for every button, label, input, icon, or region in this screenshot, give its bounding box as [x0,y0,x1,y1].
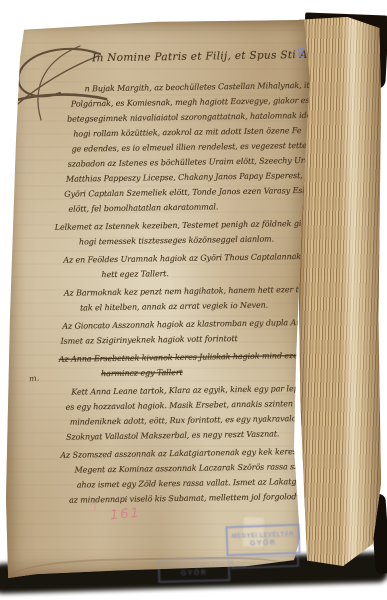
manuscript-paragraph: Az Szomszed asszonnak az Lakatgiartonena… [52,444,315,508]
manuscript-paragraph: Kett Anna Leane tartok, Klara az egyik, … [51,381,314,445]
archive-stamp-faint-line2: GYŐR [181,569,208,578]
manuscript-line: az mindennapi viselö kis Subamat, mellet… [69,489,315,508]
archive-stamp-ghost [231,555,299,569]
manuscript-line: harmincz egy Tallert [101,363,313,381]
manuscript-line: tak el hitelben, annak az arrat vegiek i… [80,297,312,316]
folio-number-red: 161 [109,506,141,524]
manuscript-line: hogi temessek tisztesseges közönseggel a… [79,231,311,250]
book-fore-edge-pages [297,17,381,566]
manuscript-photo: In Nomine Patris et Filij, et Spus Sti A… [0,0,387,600]
manuscript-paragraph: Az en Feöldes Uramnak hagiok az Györi Th… [49,249,311,283]
archive-stamp-line2: GYŐR [250,539,277,548]
manuscript-paragraph: n Bujak Margith, az beochülletes Castell… [46,78,310,217]
archive-stamp: MEGYEI LEVÉLTÁR GYŐR [225,524,300,557]
manuscript-page: In Nomine Patris et Filij, et Spus Sti A… [6,18,312,578]
manuscript-line: Ismet az Szigirinyeknek hagiok vott fori… [60,330,312,349]
manuscript-paragraph: Az Anna Ersebetnek kivanok keres Juliska… [51,348,313,382]
manuscript-line: Szoknyat Vallastol Makszerbal, es negy r… [66,426,314,445]
manuscript-text: In Nomine Patris et Filij, et Spus Sti A… [46,48,315,508]
manuscript-heading: In Nomine Patris et Filij, et Spus Sti A… [92,48,308,66]
manuscript-line: hett egez Tallert. [101,264,311,282]
manuscript-paragraph: Lelkemet az Istennek kezeiben, Testemet … [49,216,311,250]
manuscript-paragraph: Az Gioncato Asszonnak hagiok az klastrom… [50,315,312,349]
manuscript-paragraph: Az Barmoknak kez penzt nem hagihatok, ha… [50,282,312,316]
manuscript-line: elött, fel bomolhatatlan akaratommal. [68,198,310,217]
marginal-mark: m. [29,373,40,383]
archive-stamp-faint: MEGYEI LEVÉLTÁR GYŐR [158,557,231,583]
